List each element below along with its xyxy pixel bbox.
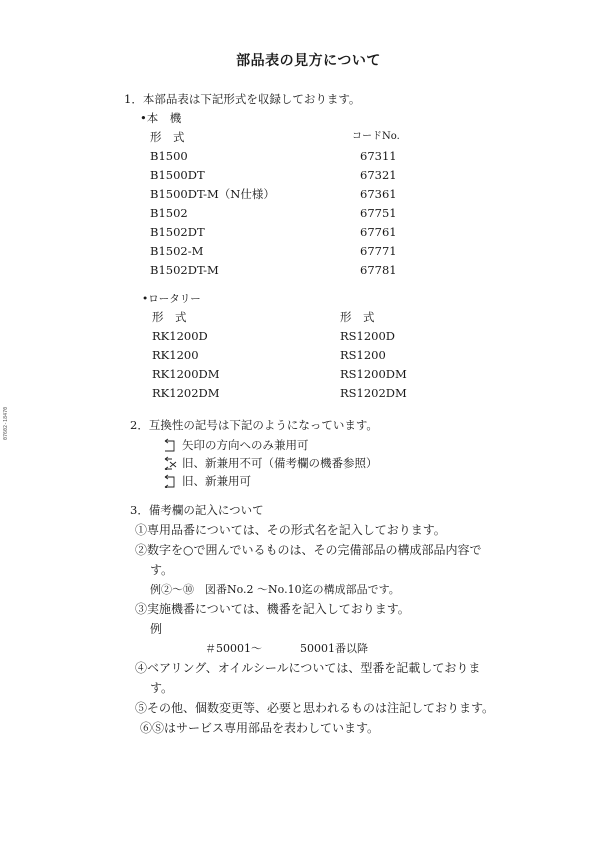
main-row-code: 67321 xyxy=(360,168,397,182)
rotary-row-right: RS1200D xyxy=(340,329,395,343)
main-row-model: B1500DT-M（N仕様） xyxy=(150,187,275,201)
main-unit-label: •本 機 xyxy=(140,111,181,125)
note-line: 例②～⑩ 図番No.2 ～No.10迄の構成部品です。 xyxy=(150,583,400,597)
note-line: 50001番以降 xyxy=(300,642,368,656)
symbol-desc: 矢印の方向へのみ兼用可 xyxy=(182,438,309,452)
rotary-row-left: RK1200DM xyxy=(152,367,220,381)
rotary-col-right: 形 式 xyxy=(340,310,375,324)
symbol-desc: 旧、新兼用不可（備考欄の機番参照） xyxy=(182,456,378,470)
one-way-arrow-icon xyxy=(164,438,178,452)
rotary-col-left: 形 式 xyxy=(152,310,187,324)
note-line: ⑥Ⓢはサービス専用部品を表わしています。 xyxy=(140,721,379,735)
main-row-model: B1502 xyxy=(150,206,188,220)
note-line: ②数字を○で囲んでいるものは、その完備部品の構成部品内容で xyxy=(135,543,481,557)
note-line: ④ベアリング、オイルシールについては、型番を記載しておりま xyxy=(135,661,480,675)
not-interchangeable-icon xyxy=(164,456,178,470)
main-col-code: コードNo. xyxy=(352,130,400,144)
rotary-row-right: RS1202DM xyxy=(340,386,407,400)
two-way-arrow-icon xyxy=(164,474,178,488)
side-label: 07602-18470 xyxy=(3,407,9,440)
rotary-row-right: RS1200 xyxy=(340,348,386,362)
note-line: ①専用品番については、その形式名を記入しております。 xyxy=(135,523,446,537)
main-row-code: 67751 xyxy=(360,206,397,220)
main-col-model: 形 式 xyxy=(150,130,185,144)
symbol-desc: 旧、新兼用可 xyxy=(182,474,251,488)
main-row-model: B1500DT xyxy=(150,168,205,182)
main-row-code: 67361 xyxy=(360,187,397,201)
main-row-model: B1500 xyxy=(150,149,188,163)
section1-heading: 1．本部品表は下記形式を収録しております。 xyxy=(124,92,360,106)
page-title: 部品表の見方について xyxy=(0,50,595,70)
main-row-model: B1502DT xyxy=(150,225,205,239)
rotary-row-left: RK1200D xyxy=(152,329,208,343)
document-page: 部品表の見方について 07602-18470 1．本部品表は下記形式を収録してお… xyxy=(0,0,595,842)
main-row-code: 67781 xyxy=(360,263,397,277)
section2-heading: 2．互換性の記号は下記のようになっています。 xyxy=(130,418,378,432)
rotary-row-right: RS1200DM xyxy=(340,367,407,381)
main-row-model: B1502-M xyxy=(150,244,203,258)
main-row-code: 67761 xyxy=(360,225,397,239)
note-line: ③実施機番については、機番を記入しております。 xyxy=(135,602,410,616)
main-row-code: 67771 xyxy=(360,244,397,258)
main-row-model: B1502DT-M xyxy=(150,263,219,277)
note-line: す。 xyxy=(150,563,173,577)
note-line: す。 xyxy=(150,681,173,695)
rotary-row-left: RK1202DM xyxy=(152,386,220,400)
note-line: 例 xyxy=(150,622,162,636)
rotary-label: •ロータリー xyxy=(142,292,201,306)
note-line: ＃50001～ xyxy=(205,642,262,656)
section3-heading: 3．備考欄の記入について xyxy=(130,503,264,517)
note-line: ⑤その他、個数変更等、必要と思われるものは注記しております。 xyxy=(135,701,494,715)
rotary-row-left: RK1200 xyxy=(152,348,199,362)
main-row-code: 67311 xyxy=(360,149,397,163)
